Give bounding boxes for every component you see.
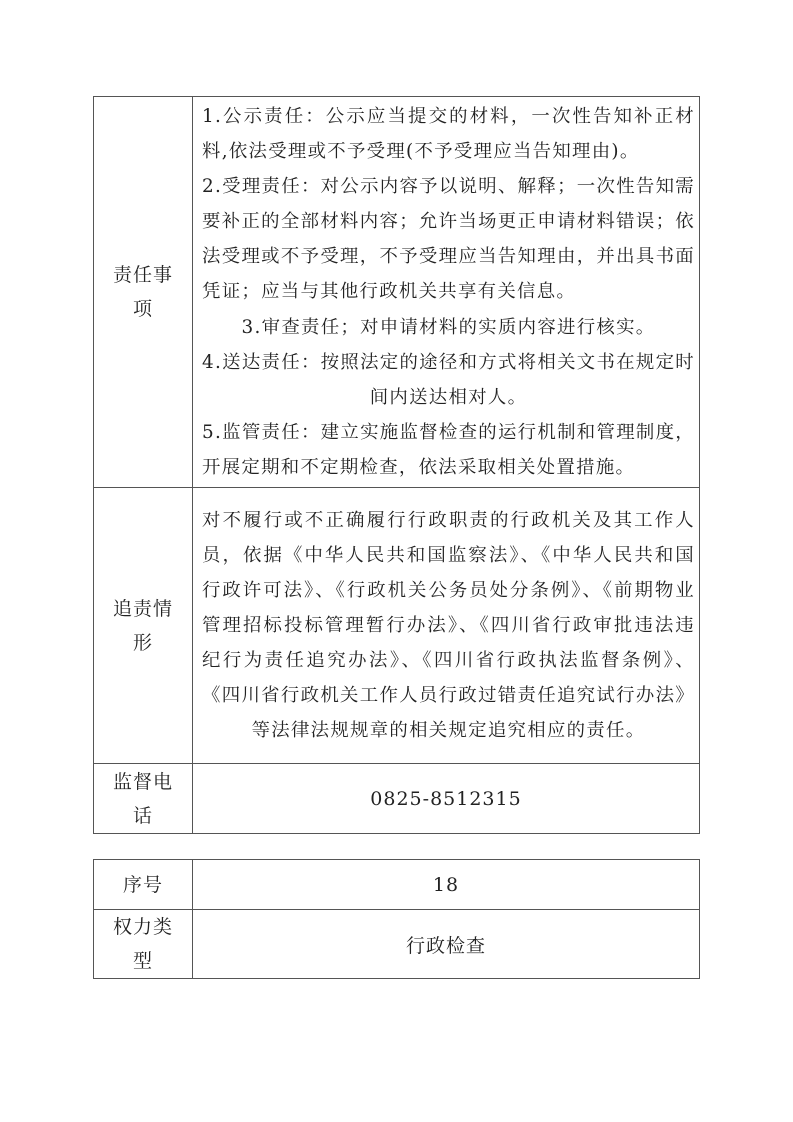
row-label-sequence-number: 序号: [94, 860, 193, 910]
label-line: 追责情: [94, 592, 192, 626]
label-line: 序号: [94, 868, 192, 902]
sequence-number-value: 18: [193, 860, 700, 910]
responsibility-item-2: 2.受理责任：对公示内容予以说明、解释；一次性告知需要补正的全部材料内容；允许当…: [202, 169, 695, 309]
responsibility-item-5: 5.监管责任：建立实施监督检查的运行机制和管理制度，开展定期和不定期检查，依法采…: [202, 415, 695, 485]
row-label-power-type: 权力类 型: [94, 910, 193, 979]
responsibility-item-4: 4.送达责任：按照法定的途径和方式将相关文书在规定时间内送达相对人。: [202, 345, 695, 415]
row-label-supervision-phone: 监督电 话: [94, 764, 193, 834]
label-line: 权力类: [94, 910, 192, 944]
table-row-accountability: 追责情 形 对不履行或不正确履行行政职责的行政机关及其工作人员，依据《中华人民共…: [94, 488, 700, 764]
label-line: 型: [94, 944, 192, 978]
label-line: 监督电: [94, 765, 192, 799]
accountability-content: 对不履行或不正确履行行政职责的行政机关及其工作人员，依据《中华人民共和国监察法》…: [193, 488, 700, 764]
table-row-sequence-number: 序号 18: [94, 860, 700, 910]
power-summary-table: 序号 18 权力类 型 行政检查: [93, 859, 700, 979]
label-line: 责任事: [94, 258, 192, 292]
table-row-power-type: 权力类 型 行政检查: [94, 910, 700, 979]
label-line: 形: [94, 626, 192, 660]
responsibilities-content: 1.公示责任：公示应当提交的材料，一次性告知补正材料,依法受理或不予受理(不予受…: [193, 97, 700, 488]
responsibility-item-3: 3.审查责任；对申请材料的实质内容进行核实。: [202, 310, 695, 345]
table-row-responsibilities: 责任事 项 1.公示责任：公示应当提交的材料，一次性告知补正材料,依法受理或不予…: [94, 97, 700, 488]
responsibility-item-1: 1.公示责任：公示应当提交的材料，一次性告知补正材料,依法受理或不予受理(不予受…: [202, 99, 695, 169]
row-label-responsibilities: 责任事 项: [94, 97, 193, 488]
label-line: 话: [94, 799, 192, 833]
power-details-table: 责任事 项 1.公示责任：公示应当提交的材料，一次性告知补正材料,依法受理或不予…: [93, 96, 700, 834]
row-label-accountability: 追责情 形: [94, 488, 193, 764]
supervision-phone-value: 0825-8512315: [193, 764, 700, 834]
table-row-supervision-phone: 监督电 话 0825-8512315: [94, 764, 700, 834]
label-line: 项: [94, 292, 192, 326]
accountability-text: 对不履行或不正确履行行政职责的行政机关及其工作人员，依据《中华人民共和国监察法》…: [202, 503, 695, 749]
power-type-value: 行政检查: [193, 910, 700, 979]
